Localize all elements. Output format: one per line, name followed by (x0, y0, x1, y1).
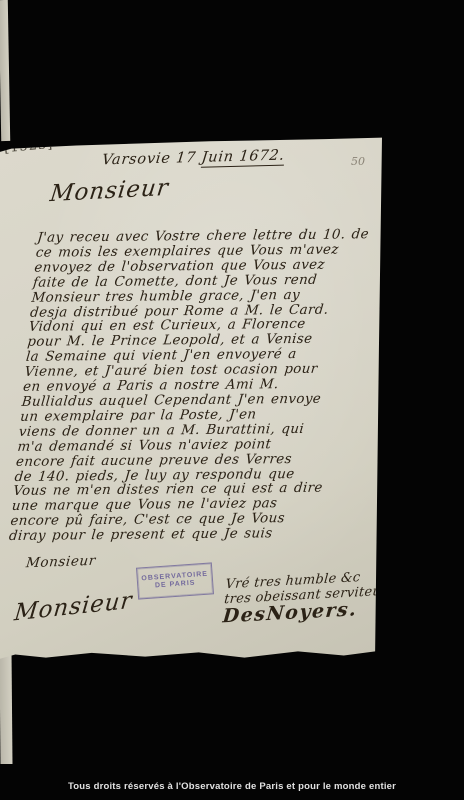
dateline: Varsovie 17 Juin 1672. (101, 148, 286, 169)
salutation: Monsieur (48, 175, 170, 207)
stamp-line-2: DE PARIS (155, 580, 196, 591)
body-line: diray pour le present et que Je suis (8, 526, 361, 545)
signature: DesNoyers. (222, 601, 387, 624)
adjacent-page-edge-top (0, 0, 10, 141)
archival-number: [1523] (3, 137, 53, 156)
dateline-date: Juin 1672. (200, 148, 285, 168)
letter-body: J'ay receu avec Vostre chere lettre du 1… (8, 228, 390, 545)
observatoire-de-paris-stamp: OBSERVATOIRE DE PARIS (136, 562, 214, 599)
closing-block: Vré tres humble &c tres obeissant servit… (222, 570, 389, 624)
dateline-place: Varsovie 17 (101, 150, 202, 169)
folio-number: 50 (351, 155, 365, 168)
address-monsieur: Monsieur (13, 588, 134, 627)
adjacent-page-edge-bottom (0, 652, 12, 764)
closing-monsieur: Monsieur (25, 553, 96, 572)
copyright-caption: Tous droits réservés à l'Observatoire de… (0, 781, 464, 792)
manuscript-page: [1523] Varsovie 17 Juin 1672. 50 Monsieu… (0, 136, 382, 664)
